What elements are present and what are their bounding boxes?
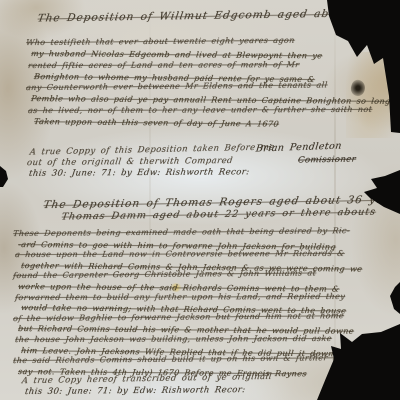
deposition-line: These Deponents being examined made oath…	[12, 226, 398, 240]
deposition2-body: These Deponents being examined made oath…	[13, 229, 397, 377]
deposition-line: found the Carpenter Georg Christoble Jam…	[12, 268, 398, 282]
deposition-line: rented fiftie acres of Land and ten acre…	[27, 58, 393, 71]
deposition-line: Who testifieth that ever about twentie e…	[25, 34, 393, 48]
attestation-date-line: this 30: June: 71: by Edw: Rishworth Rec…	[24, 385, 246, 397]
deposition-line: as he lived, nor of them to her any leav…	[27, 104, 393, 117]
deposition-line: any Counterworth ever betweene Mr Eldens…	[25, 79, 393, 93]
deposition-line: a house upon the Land now in Controversi…	[14, 249, 397, 261]
deposition-line: the said Richards Comins should build it…	[12, 353, 398, 367]
deposition-line: forwarned them to build any further upon…	[14, 291, 397, 303]
deposition1-body: Who testifieth that ever about twentie e…	[26, 37, 392, 127]
attestation-date-line: this 30: June: 71: by Edw: Rishworth Rec…	[28, 167, 250, 179]
deposition-line: the house John Jackson was building, unl…	[14, 334, 397, 346]
manuscript-scan: The Deposition of Willmut Edgcomb aged a…	[0, 0, 400, 400]
commissioner-label: Comissioner	[297, 154, 356, 165]
